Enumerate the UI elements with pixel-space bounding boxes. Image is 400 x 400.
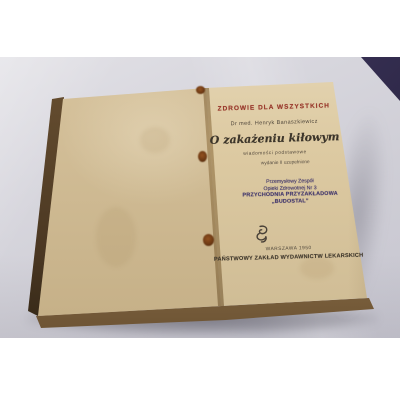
staple-rust-top — [196, 86, 205, 94]
series-header: ZDROWIE DLA WSZYSTKICH — [204, 102, 344, 113]
photo-mat-top — [0, 0, 400, 57]
stamp-line-4: „BUDOSTAL” — [220, 197, 360, 206]
title-page-content: ZDROWIE DLA WSZYSTKICH Dr med. Henryk Ba… — [203, 91, 348, 285]
page-stain — [96, 207, 136, 267]
publisher-name: PAŃSTWOWY ZAKŁAD WYDAWNICTW LEKARSKICH — [214, 253, 354, 263]
book-subtitle: wiadomości podstawowe — [205, 149, 345, 158]
author-line: Dr med. Henryk Banaszkiewicz — [204, 118, 344, 128]
photo-mat-bottom — [0, 338, 400, 400]
book-photo: ZDROWIE DLA WSZYSTKICH Dr med. Henryk Ba… — [0, 57, 400, 338]
library-stamp: Przemysłowy Zespół Opieki Zdrowotnej Nr … — [220, 177, 360, 206]
edition-note: wydanie II uzupełnione — [215, 159, 355, 168]
book-title: O zakażeniu kiłowym — [204, 130, 344, 147]
page-stain — [140, 127, 170, 153]
